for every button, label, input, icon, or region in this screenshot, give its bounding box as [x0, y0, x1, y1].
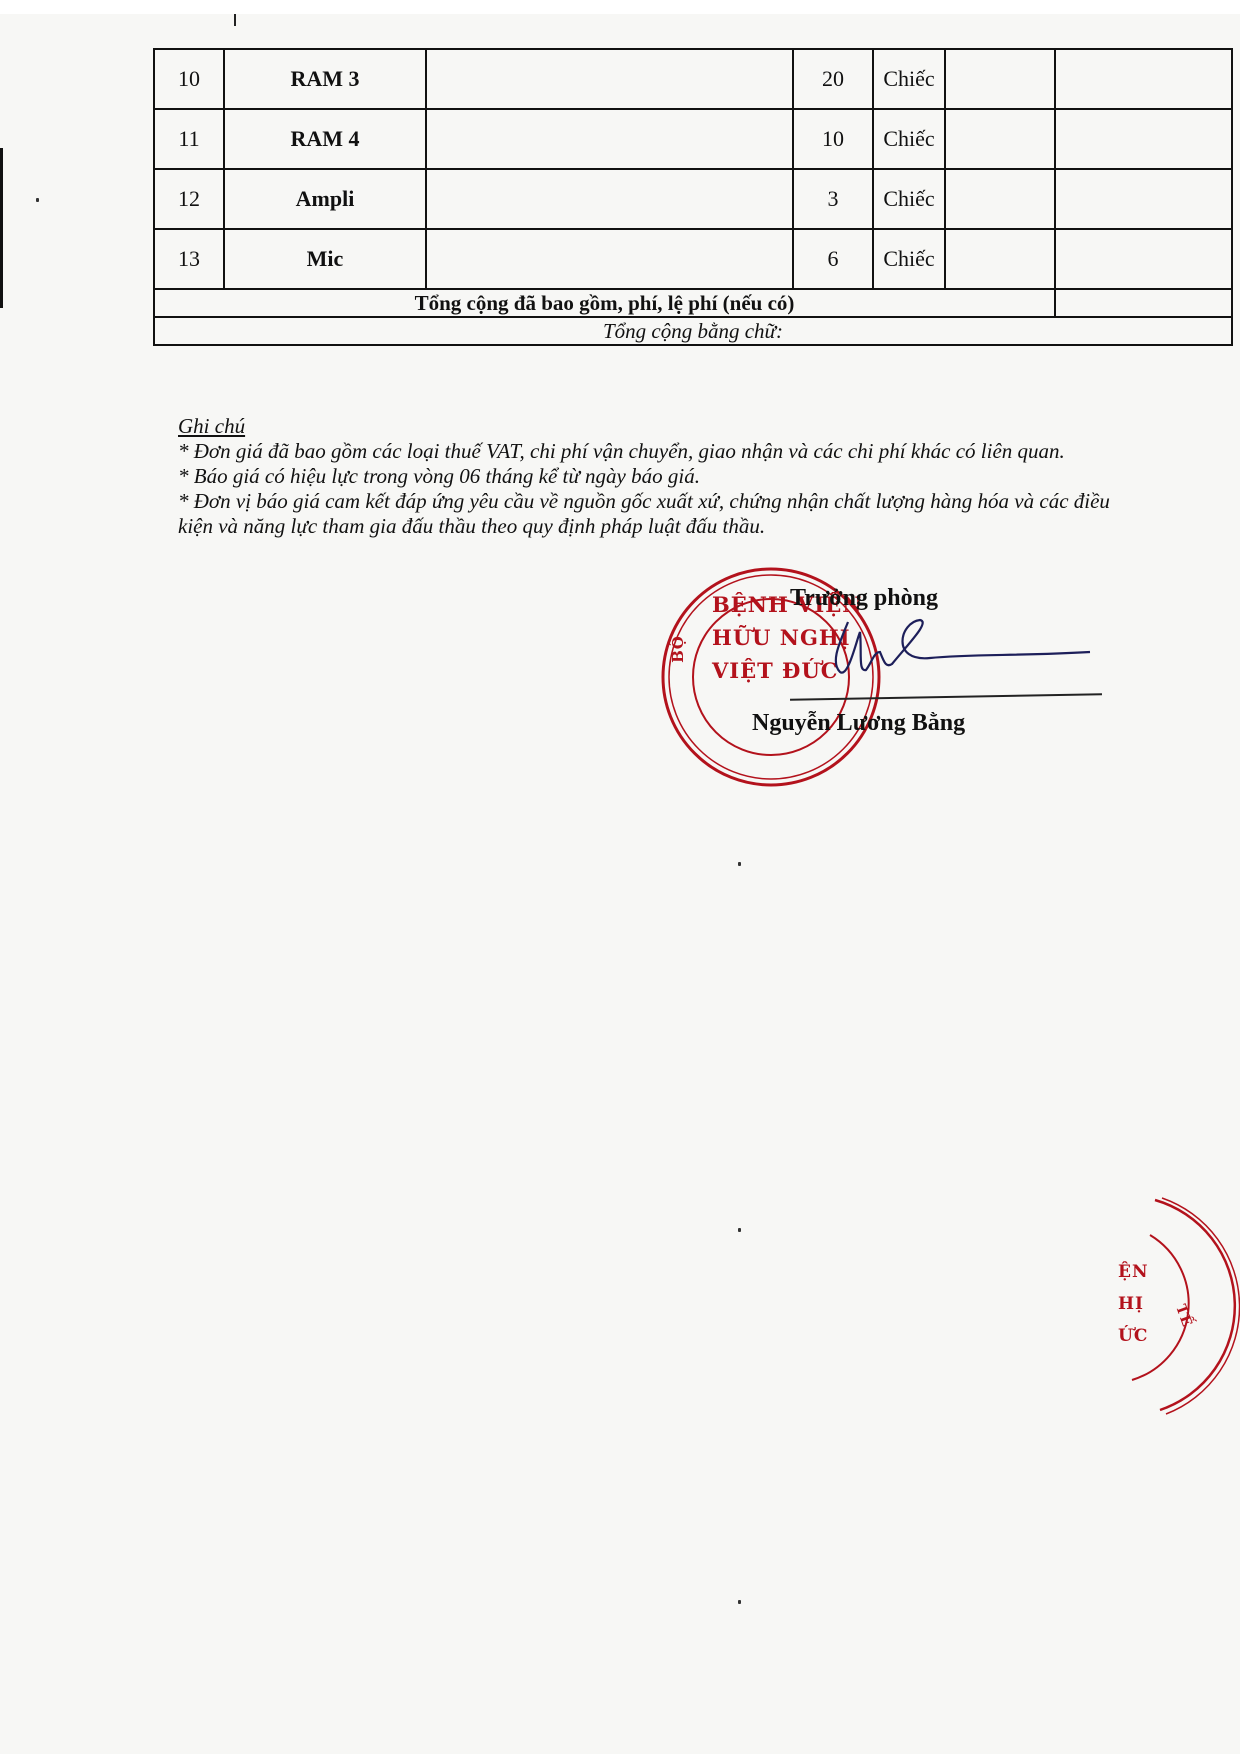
item-unit: Chiếc: [873, 109, 945, 169]
item-unit: Chiếc: [873, 229, 945, 289]
notes-section: Ghi chú * Đơn giá đã bao gồm các loại th…: [178, 414, 1118, 539]
item-unit-price: [945, 229, 1055, 289]
item-name: Mic: [224, 229, 426, 289]
item-number: 12: [154, 169, 224, 229]
item-description: [426, 49, 793, 109]
item-quantity: 10: [793, 109, 873, 169]
table-row: 10RAM 320Chiếc: [154, 49, 1232, 109]
item-unit-price: [945, 49, 1055, 109]
item-description: [426, 229, 793, 289]
item-description: [426, 169, 793, 229]
items-table: 10RAM 320Chiếc11RAM 410Chiếc12Ampli3Chiế…: [153, 48, 1233, 346]
page-top-edge: [0, 0, 1240, 14]
item-unit: Chiếc: [873, 49, 945, 109]
scan-mark: [234, 14, 236, 26]
item-unit-price: [945, 169, 1055, 229]
item-unit: Chiếc: [873, 169, 945, 229]
item-number: 10: [154, 49, 224, 109]
item-unit-price: [945, 109, 1055, 169]
scan-speck: [36, 198, 39, 202]
partial-seal-line-3: ỨC: [1118, 1326, 1148, 1346]
scan-speck: [738, 1228, 741, 1232]
item-amount: [1055, 169, 1232, 229]
item-amount: [1055, 229, 1232, 289]
seal-side-text: BỘ: [669, 635, 687, 663]
partial-seal-line-2: HỊ: [1118, 1294, 1144, 1314]
item-amount: [1055, 49, 1232, 109]
signatory-name: Nguyễn Lương Bằng: [752, 710, 965, 737]
note-item: * Đơn giá đã bao gồm các loại thuế VAT, …: [178, 439, 1118, 464]
note-item: * Báo giá có hiệu lực trong vòng 06 thán…: [178, 464, 1118, 489]
table-row: 13Mic6Chiếc: [154, 229, 1232, 289]
item-description: [426, 109, 793, 169]
scan-edge-mark: [0, 148, 3, 308]
total-words-row: Tổng cộng bằng chữ:: [154, 317, 1232, 345]
scan-speck: [738, 862, 741, 866]
partial-seal-line-1: ỆN: [1118, 1262, 1149, 1282]
item-name: Ampli: [224, 169, 426, 229]
table-row: 11RAM 410Chiếc: [154, 109, 1232, 169]
handwritten-signature: [800, 612, 1100, 692]
scan-speck: [738, 1600, 741, 1604]
total-words-label: Tổng cộng bằng chữ:: [154, 317, 1232, 345]
item-number: 11: [154, 109, 224, 169]
item-name: RAM 4: [224, 109, 426, 169]
notes-heading: Ghi chú: [178, 414, 1118, 439]
item-number: 13: [154, 229, 224, 289]
item-quantity: 20: [793, 49, 873, 109]
total-row: Tổng cộng đã bao gồm, phí, lệ phí (nếu c…: [154, 289, 1232, 317]
total-label: Tổng cộng đã bao gồm, phí, lệ phí (nếu c…: [154, 289, 1055, 317]
item-quantity: 6: [793, 229, 873, 289]
item-amount: [1055, 109, 1232, 169]
item-name: RAM 3: [224, 49, 426, 109]
total-value: [1055, 289, 1232, 317]
item-quantity: 3: [793, 169, 873, 229]
signatory-title: Trưởng phòng: [790, 585, 938, 612]
table-row: 12Ampli3Chiếc: [154, 169, 1232, 229]
note-item: * Đơn vị báo giá cam kết đáp ứng yêu cầu…: [178, 489, 1118, 539]
